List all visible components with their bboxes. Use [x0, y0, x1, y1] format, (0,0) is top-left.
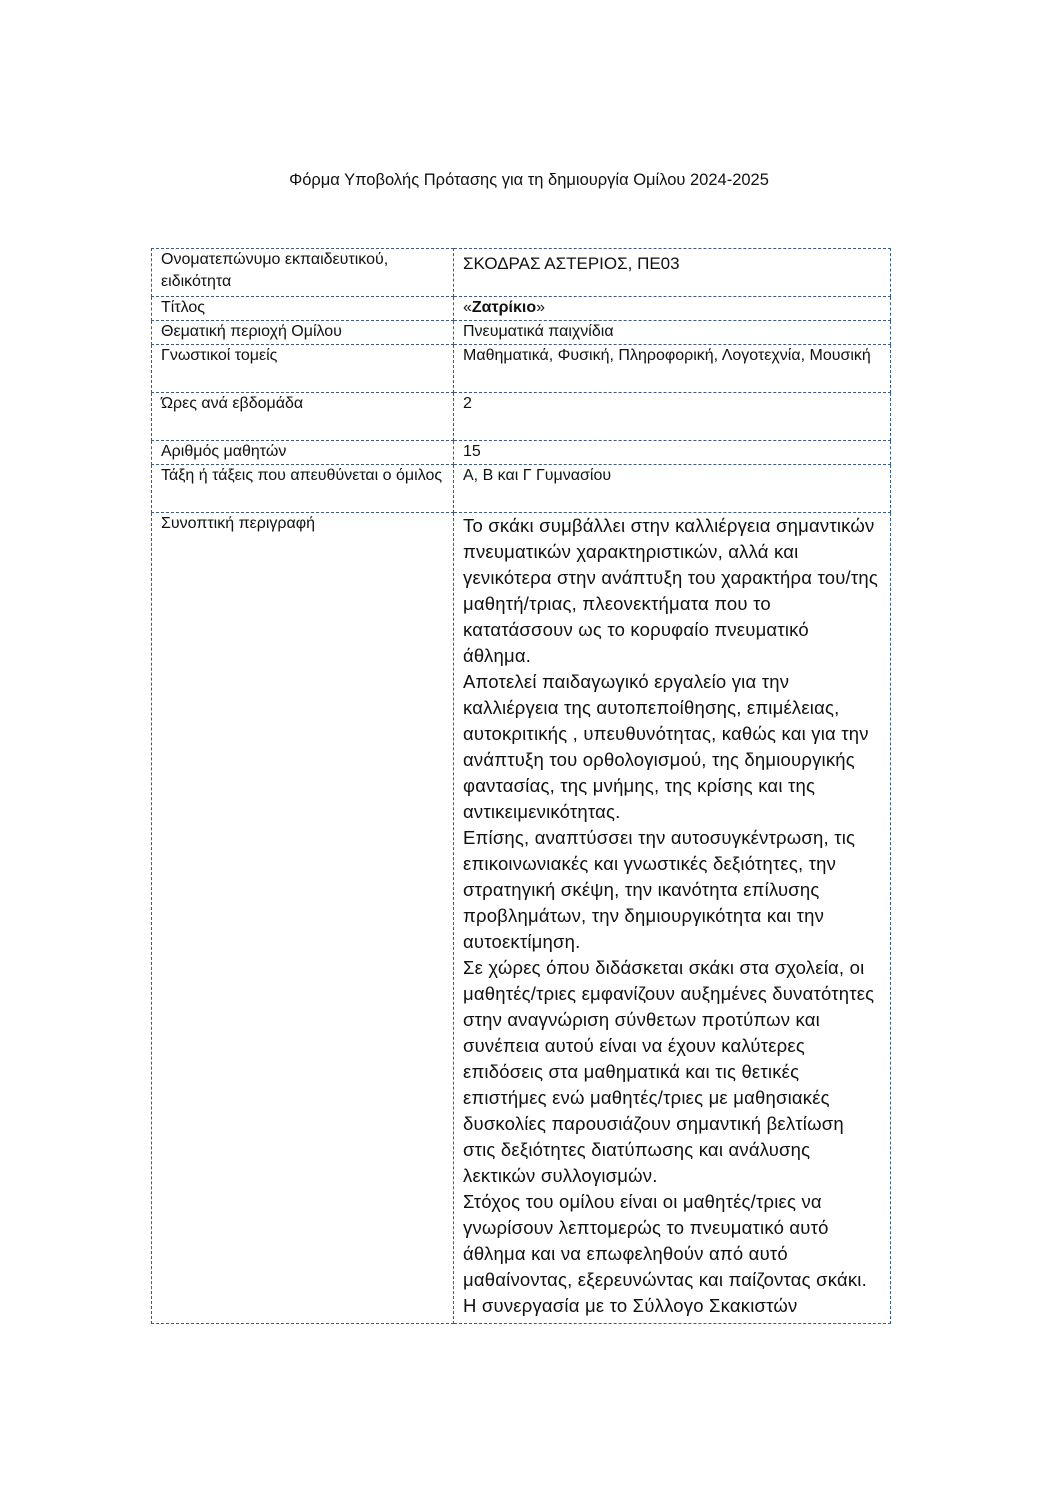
- quote-close: »: [536, 299, 545, 316]
- table-row: Ώρες ανά εβδομάδα 2: [152, 393, 891, 441]
- label-title: Τίτλος: [152, 297, 454, 321]
- proposal-form-table: Ονοματεπώνυμο εκπαιδευτικού, ειδικότητα …: [151, 248, 891, 1324]
- teacher-name-text: ΣΚΟΔΡΑΣ ΑΣΤΕΡΙΟΣ, ΠΕ03: [463, 254, 680, 273]
- club-title-text: Ζατρίκιο: [472, 299, 536, 316]
- label-thematic-area: Θεματική περιοχή Ομίλου: [152, 321, 454, 345]
- label-knowledge-fields: Γνωστικοί τομείς: [152, 345, 454, 393]
- value-hours-per-week: 2: [454, 393, 891, 441]
- label-student-count: Αριθμός μαθητών: [152, 441, 454, 465]
- table-row: Θεματική περιοχή Ομίλου Πνευματικά παιχν…: [152, 321, 891, 345]
- table-row: Ονοματεπώνυμο εκπαιδευτικού, ειδικότητα …: [152, 249, 891, 297]
- value-summary: Το σκάκι συμβάλλει στην καλλιέργεια σημα…: [454, 513, 891, 1324]
- table-row: Τίτλος «Ζατρίκιο»: [152, 297, 891, 321]
- table-row: Αριθμός μαθητών 15: [152, 441, 891, 465]
- label-teacher-name: Ονοματεπώνυμο εκπαιδευτικού, ειδικότητα: [152, 249, 454, 297]
- summary-paragraph: Αποτελεί παιδαγωγικό εργαλείο για την κα…: [463, 669, 881, 825]
- label-summary: Συνοπτική περιγραφή: [152, 513, 454, 1324]
- value-student-count: 15: [454, 441, 891, 465]
- document-title: Φόρμα Υποβολής Πρότασης για τη δημιουργί…: [0, 171, 1058, 190]
- value-grades: Α, Β και Γ Γυμνασίου: [454, 465, 891, 513]
- summary-paragraph: Το σκάκι συμβάλλει στην καλλιέργεια σημα…: [463, 513, 881, 669]
- value-knowledge-fields: Μαθηματικά, Φυσική, Πληροφορική, Λογοτεχ…: [454, 345, 891, 393]
- value-thematic-area: Πνευματικά παιχνίδια: [454, 321, 891, 345]
- table-row: Γνωστικοί τομείς Μαθηματικά, Φυσική, Πλη…: [152, 345, 891, 393]
- quote-open: «: [463, 299, 472, 316]
- value-teacher-name: ΣΚΟΔΡΑΣ ΑΣΤΕΡΙΟΣ, ΠΕ03: [454, 249, 891, 297]
- summary-paragraph: Επίσης, αναπτύσσει την αυτοσυγκέντρωση, …: [463, 825, 881, 955]
- value-title: «Ζατρίκιο»: [454, 297, 891, 321]
- summary-paragraph: Στόχος του ομίλου είναι οι μαθητές/τριες…: [463, 1189, 881, 1319]
- table-row: Συνοπτική περιγραφή Το σκάκι συμβάλλει σ…: [152, 513, 891, 1324]
- label-grades: Τάξη ή τάξεις που απευθύνεται ο όμιλος: [152, 465, 454, 513]
- summary-paragraph: Σε χώρες όπου διδάσκεται σκάκι στα σχολε…: [463, 955, 881, 1189]
- table-row: Τάξη ή τάξεις που απευθύνεται ο όμιλος Α…: [152, 465, 891, 513]
- label-hours-per-week: Ώρες ανά εβδομάδα: [152, 393, 454, 441]
